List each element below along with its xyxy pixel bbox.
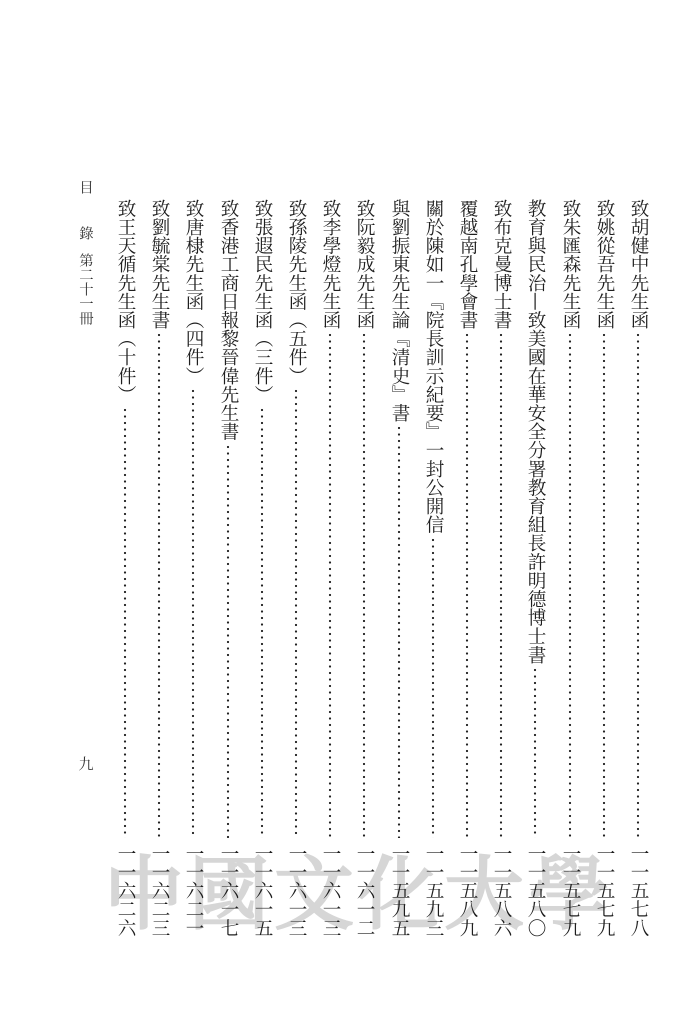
toc-entry: 致李學燈先生函 一一六一三 — [317, 199, 343, 937]
dot-leader — [568, 333, 572, 838]
toc-entry: 致王天循先生函（十件） 一一六二六 — [112, 199, 138, 937]
toc-entry-title: 致香港工商日報黎晉偉先生書 — [215, 199, 241, 441]
toc-entry-title: 致阮毅成先生函 — [351, 199, 377, 329]
dot-leader — [362, 333, 366, 838]
toc-entry-title: 教育與民治—致美國在華安全分署教育組長許明德博士書 — [522, 199, 548, 664]
dot-leader — [636, 333, 640, 838]
toc-entry-page: 一一五八九 — [454, 844, 480, 937]
dot-leader — [602, 333, 606, 838]
toc-entry: 與劉振東先生論『清史』書 一一五九五 — [386, 199, 412, 937]
toc-entry-page: 一一六一三 — [317, 844, 343, 937]
toc-entry: 致張遐民先生函（三件） 一一六一五 — [249, 199, 275, 937]
dot-leader — [465, 333, 469, 838]
toc-entry-title: 致姚從吾先生函 — [591, 199, 617, 329]
toc-entry-title: 致布克曼博士書 — [488, 199, 514, 329]
dot-leader — [533, 668, 537, 838]
page-number: 九 — [77, 755, 95, 773]
toc-entry: 致阮毅成先生函 一一六一二 — [351, 199, 377, 937]
toc-entry-page: 一一五八〇 — [522, 844, 548, 937]
toc-entry-page: 一一六一三 — [283, 844, 309, 937]
running-head-volume: 第二十一冊 — [75, 253, 95, 325]
dot-leader — [157, 333, 161, 838]
toc-entry-title: 致李學燈先生函 — [317, 199, 343, 329]
dot-leader — [294, 389, 298, 838]
dot-leader — [431, 538, 435, 838]
toc-entry: 致布克曼博士書 一一五八六 — [488, 199, 514, 937]
toc-entry: 致姚從吾先生函 一一五七九 — [591, 199, 617, 937]
document-page: 中國文化大學 目 錄 第二十一冊 九 致胡健中先生函 一一五七八 致姚從吾先生函… — [0, 0, 696, 1024]
toc-entry: 致唐棣先生函（四件） 一一六二一 — [180, 199, 206, 937]
toc-entry: 致朱匯森先生函 一一五七九 — [557, 199, 583, 937]
toc-entry-page: 一一六一五 — [249, 844, 275, 937]
toc-entry-title: 覆越南孔學會書 — [454, 199, 480, 329]
toc-entry-page: 一一六一二 — [351, 844, 377, 937]
toc-entry-title: 致張遐民先生函（三件） — [249, 199, 275, 404]
dot-leader — [328, 333, 332, 838]
toc-entry-page: 一一六一七 — [215, 844, 241, 937]
toc-entry-title: 致劉毓棠先生書 — [146, 199, 172, 329]
toc-entry-page: 一一五九五 — [386, 844, 412, 937]
toc-entry-page: 一一五九三 — [420, 844, 446, 937]
toc-entry: 致劉毓棠先生書 一一六二三 — [146, 199, 172, 937]
dot-leader — [123, 408, 127, 838]
dot-leader — [499, 333, 503, 838]
toc-entry: 致胡健中先生函 一一五七八 — [625, 199, 651, 937]
toc-entry-page: 一一六二六 — [112, 844, 138, 937]
toc-entry-page: 一一六二一 — [180, 844, 206, 937]
dot-leader — [226, 445, 230, 838]
toc-entry-title: 致孫陵先生函（五件） — [283, 199, 309, 385]
toc-entry-page: 一一五八六 — [488, 844, 514, 937]
toc-entry-page: 一一六二三 — [146, 844, 172, 937]
toc-entry-title: 致胡健中先生函 — [625, 199, 651, 329]
dot-leader — [260, 408, 264, 838]
toc-entry-title: 致唐棣先生函（四件） — [180, 199, 206, 385]
toc-entry-title: 致王天循先生函（十件） — [112, 199, 138, 404]
toc-entry-page: 一一五七九 — [557, 844, 583, 937]
toc-entry-page: 一一五七九 — [591, 844, 617, 937]
dot-leader — [397, 426, 401, 838]
toc-entry: 教育與民治—致美國在華安全分署教育組長許明德博士書 一一五八〇 — [522, 199, 548, 937]
toc-entry-page: 一一五七八 — [625, 844, 651, 937]
toc-entry: 覆越南孔學會書 一一五八九 — [454, 199, 480, 937]
toc-entry-title: 關於陳如一『院長訓示紀要』一封公開信 — [420, 199, 446, 534]
running-head-mu: 目 — [75, 180, 95, 194]
toc-entry: 致孫陵先生函（五件） 一一六一三 — [283, 199, 309, 937]
toc-entry: 致香港工商日報黎晉偉先生書 一一六一七 — [215, 199, 241, 937]
running-head-lu: 錄 — [75, 226, 95, 240]
toc-entry-title: 致朱匯森先生函 — [557, 199, 583, 329]
toc-entry: 關於陳如一『院長訓示紀要』一封公開信 一一五九三 — [420, 199, 446, 937]
dot-leader — [191, 389, 195, 838]
toc-entry-title: 與劉振東先生論『清史』書 — [386, 199, 412, 422]
